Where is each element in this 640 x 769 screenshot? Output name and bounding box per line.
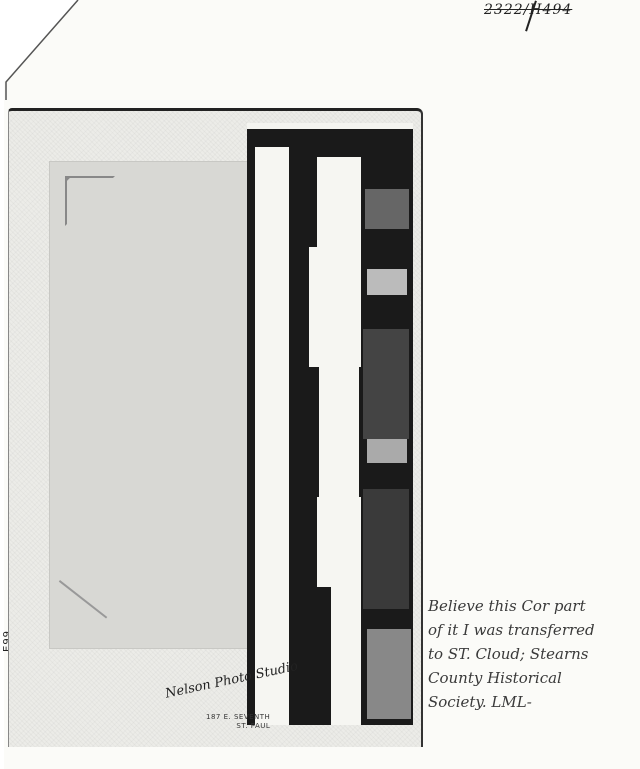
studio-address-line1: 187 E. SEVENTH [206, 713, 270, 722]
studio-address: 187 E. SEVENTH ST. PAUL [206, 713, 270, 731]
note-line: of it I was transferred [428, 618, 628, 642]
corner-ornament-icon [65, 176, 115, 226]
corner-ornament-line [59, 580, 108, 619]
photograph-print [247, 123, 413, 725]
note-line: Believe this Cor part [428, 594, 628, 618]
note-line: County Historical [428, 666, 628, 690]
handwritten-note: Believe this Cor part of it I was transf… [428, 594, 628, 714]
blank-mount-panel [49, 161, 251, 649]
studio-imprint: Nelson Photo Studio 187 E. SEVENTH ST. P… [164, 687, 274, 737]
note-line: to ST. Cloud; Stearns [428, 642, 628, 666]
photo-mount-card: Nelson Photo Studio 187 E. SEVENTH ST. P… [8, 108, 423, 747]
catalog-number: 2322/H494 [484, 2, 572, 18]
studio-address-line2: ST. PAUL [206, 722, 270, 731]
note-line: Society. LML- [428, 690, 628, 714]
